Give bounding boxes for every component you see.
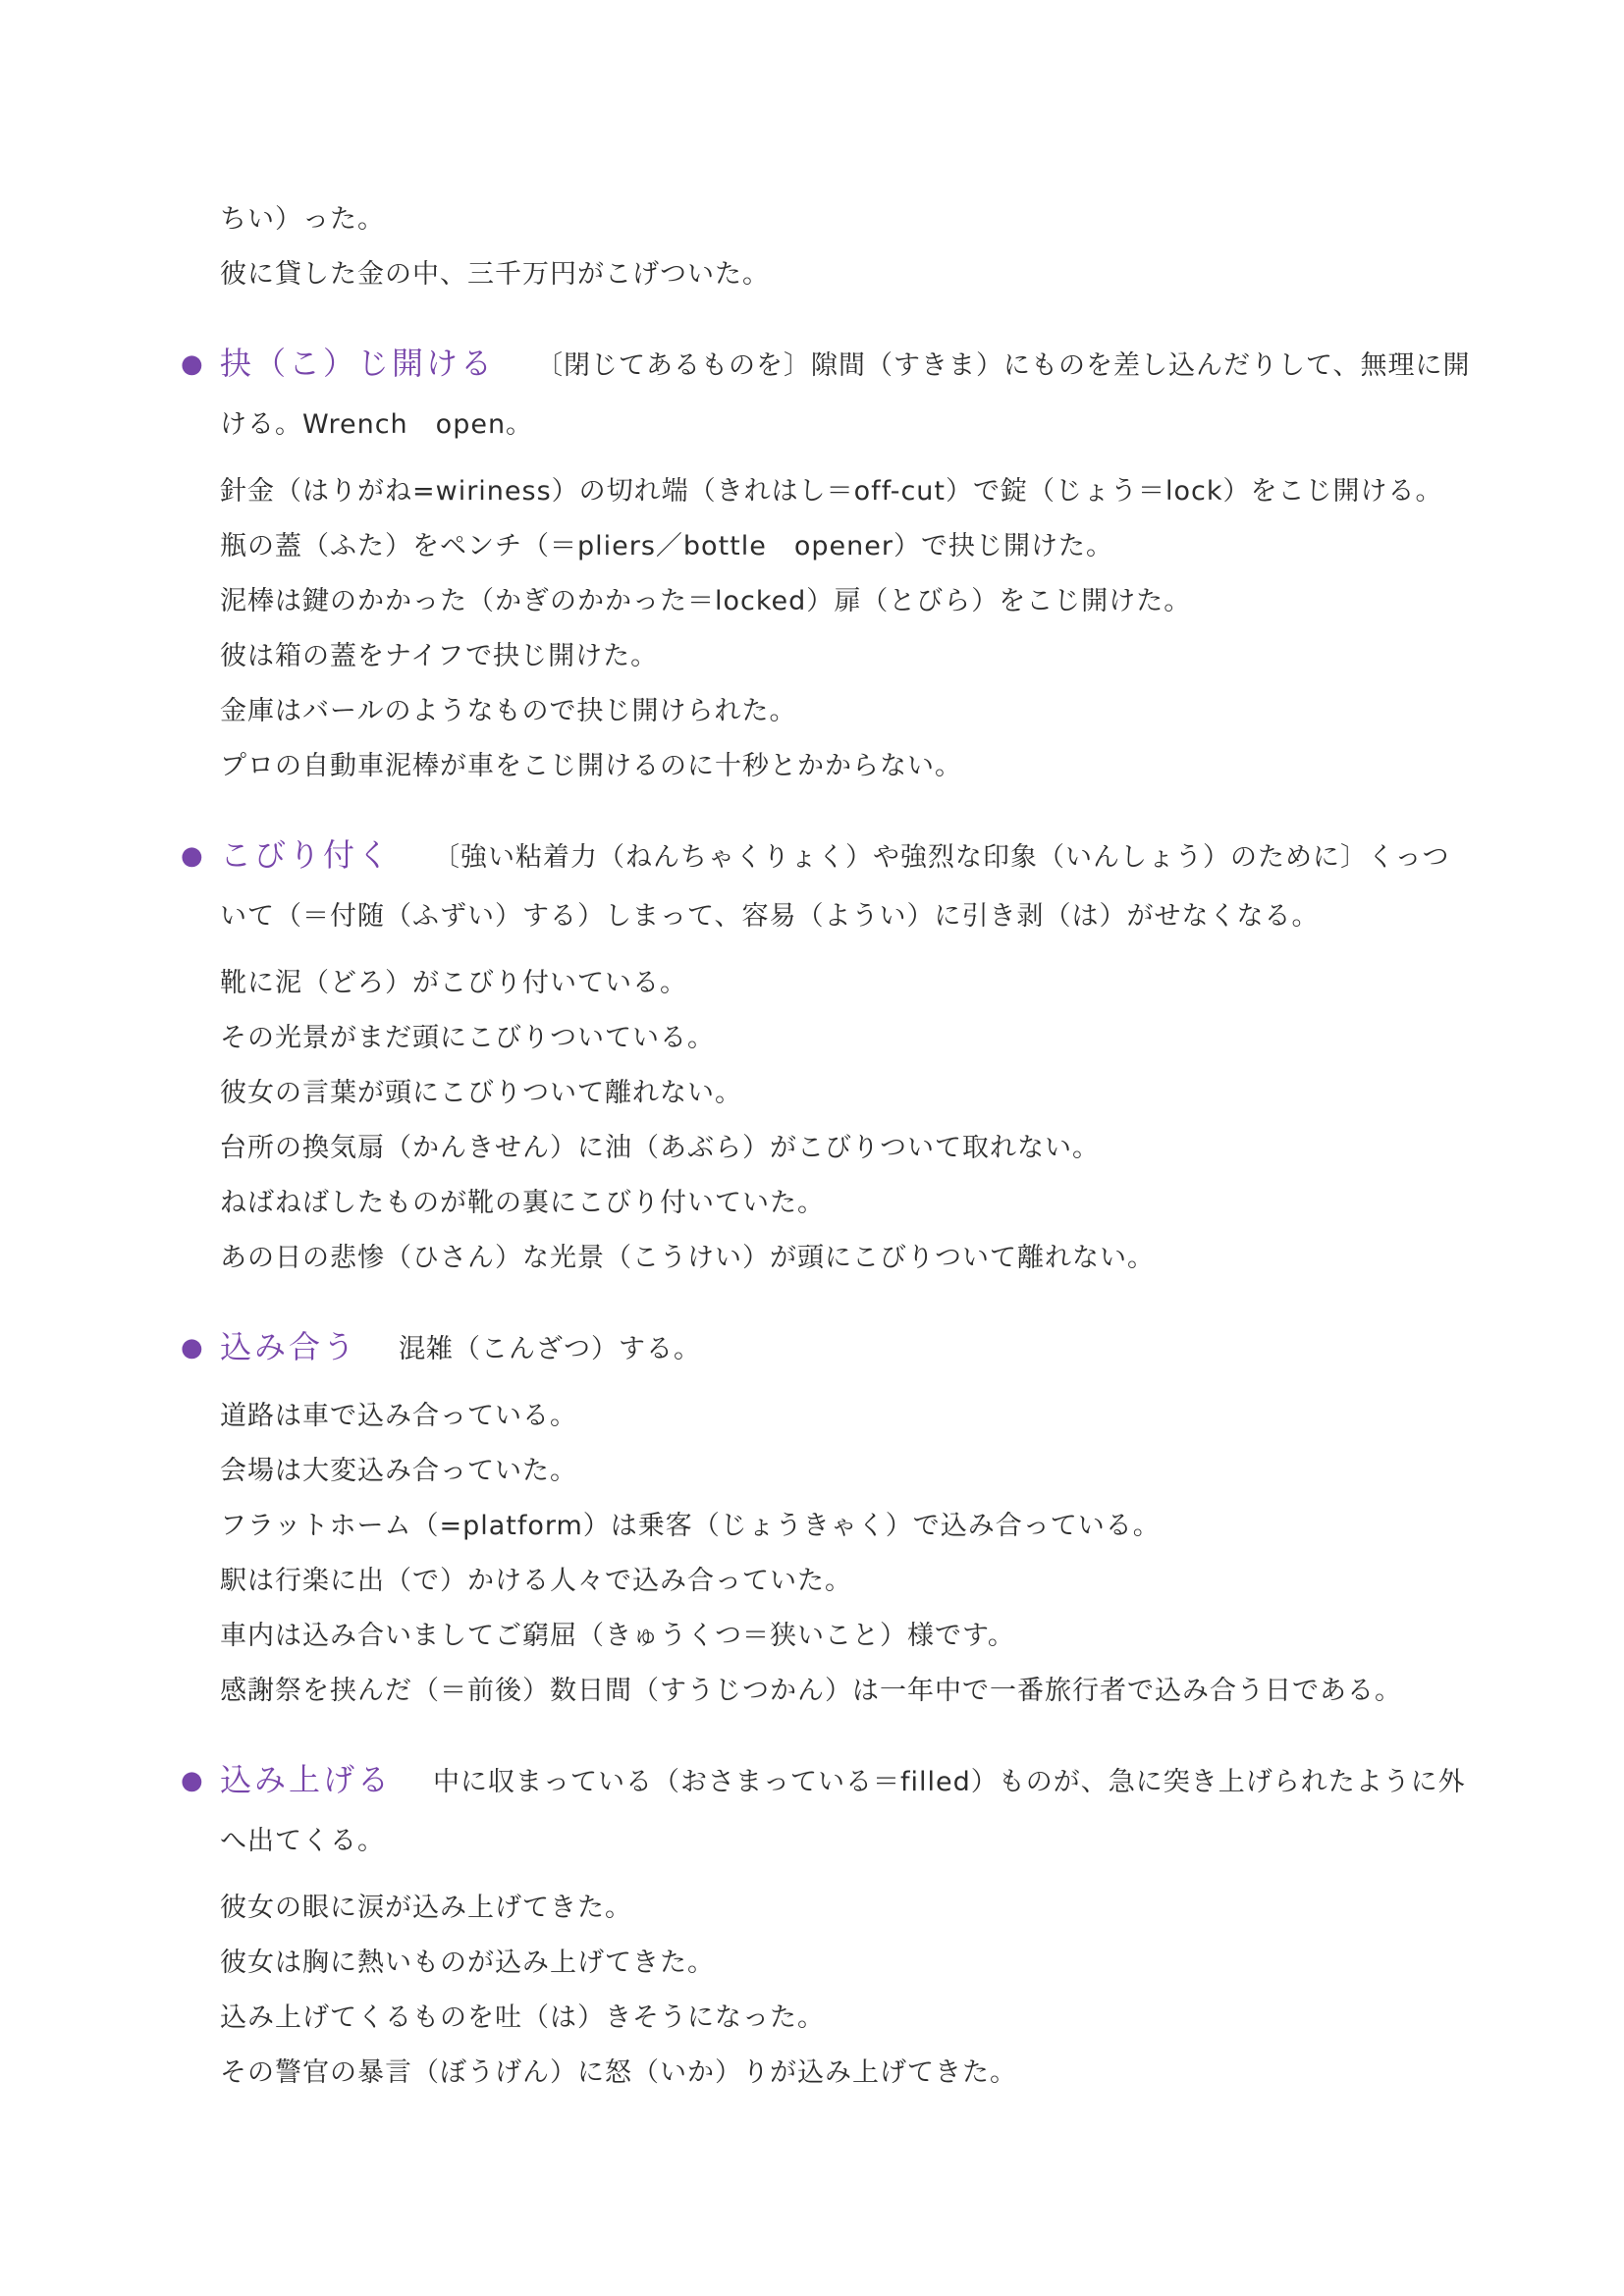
entry-heading: ●こびり付く〔強い粘着力（ねんちゃくりょく）や強烈な印象（いんしょう）のために〕… [220,826,1477,946]
entry-headword: 込み合う [220,1328,357,1365]
intro-line-2: 彼に貸した金の中、三千万円がこげついた。 [220,247,1477,302]
example-sentence: その光景がまだ頭にこびりついている。 [220,1011,1477,1066]
example-sentence: 込み上げてくるものを吐（は）きそうになった。 [220,1991,1477,2046]
example-sentence: 針金（はりがね=wiriness）の切れ端（きれはし＝off-cut）で錠（じょ… [220,464,1477,519]
example-sentence: 台所の換気扇（かんきせん）に油（あぶら）がこびりついて取れない。 [220,1121,1477,1176]
example-sentence: 金庫はバールのようなもので抉じ開けられた。 [220,684,1477,739]
example-sentence: ねばねばしたものが靴の裏にこびり付いていた。 [220,1176,1477,1231]
entry-definition: 混雑（こんざつ）する。 [399,1334,701,1364]
entry-heading: ●込み上げる中に収まっている（おさまっている＝filled）ものが、急に突き上げ… [220,1750,1477,1871]
bullet-icon: ● [181,1318,204,1377]
example-sentence: 靴に泥（どろ）がこびり付いている。 [220,956,1477,1011]
entry-headword: 込み上げる [220,1761,392,1798]
entry-headword: 抉（こ）じ開ける [220,345,495,382]
example-sentence: あの日の悲惨（ひさん）な光景（こうけい）が頭にこびりついて離れない。 [220,1231,1477,1286]
example-sentence: その警官の暴言（ぼうげん）に怒（いか）りが込み上げてきた。 [220,2046,1477,2101]
entry-definition: 〔強い粘着力（ねんちゃくりょく）や強烈な印象（いんしょう）のために〕くっついて（… [220,842,1449,932]
example-list: 道路は車で込み合っている。 会場は大変込み合っていた。 フラットホーム（=pla… [220,1389,1477,1719]
entry-komiageru: ●込み上げる中に収まっている（おさまっている＝filled）ものが、急に突き上げ… [220,1750,1477,2101]
page-content: ちい）った。 彼に貸した金の中、三千万円がこげついた。 ●抉（こ）じ開ける〔閉じ… [0,0,1624,2101]
example-sentence: 彼女の言葉が頭にこびりついて離れない。 [220,1066,1477,1121]
bullet-icon: ● [181,827,204,885]
bullet-icon: ● [181,1751,204,1810]
example-sentence: 会場は大変込み合っていた。 [220,1444,1477,1499]
example-sentence: 彼は箱の蓋をナイフで抉じ開けた。 [220,629,1477,684]
example-list: 彼女の眼に涙が込み上げてきた。 彼女は胸に熱いものが込み上げてきた。 込み上げて… [220,1881,1477,2101]
example-sentence: 瓶の蓋（ふた）をペンチ（＝pliers／bottle opener）で抉じ開けた… [220,519,1477,574]
entry-definition: 中に収まっている（おさまっている＝filled）ものが、急に突き上げられたように… [220,1767,1466,1856]
entry-komiau: ●込み合う混雑（こんざつ）する。 道路は車で込み合っている。 会場は大変込み合っ… [220,1317,1477,1719]
document-page: ちい）った。 彼に貸した金の中、三千万円がこげついた。 ●抉（こ）じ開ける〔閉じ… [0,0,1624,2296]
entry-heading: ●込み合う混雑（こんざつ）する。 [220,1317,1477,1379]
example-sentence: 道路は車で込み合っている。 [220,1389,1477,1444]
example-sentence: 彼女の眼に涙が込み上げてきた。 [220,1881,1477,1936]
example-sentence: 泥棒は鍵のかかった（かぎのかかった＝locked）扉（とびら）をこじ開けた。 [220,574,1477,629]
example-list: 針金（はりがね=wiriness）の切れ端（きれはし＝off-cut）で錠（じょ… [220,464,1477,794]
bullet-icon: ● [181,335,204,394]
entry-heading: ●抉（こ）じ開ける〔閉じてあるものを〕隙間（すきま）にものを差し込んだりして、無… [220,334,1477,454]
entry-kobiritsuku: ●こびり付く〔強い粘着力（ねんちゃくりょく）や強烈な印象（いんしょう）のために〕… [220,826,1477,1286]
example-sentence: 駅は行楽に出（で）かける人々で込み合っていた。 [220,1554,1477,1609]
example-sentence: 感謝祭を挟んだ（＝前後）数日間（すうじつかん）は一年中で一番旅行者で込み合う日で… [220,1664,1477,1719]
intro-line-1: ちい）った。 [220,192,1477,247]
example-sentence: 彼女は胸に熱いものが込み上げてきた。 [220,1936,1477,1991]
entry-kojiakeru: ●抉（こ）じ開ける〔閉じてあるものを〕隙間（すきま）にものを差し込んだりして、無… [220,334,1477,794]
example-list: 靴に泥（どろ）がこびり付いている。 その光景がまだ頭にこびりついている。 彼女の… [220,956,1477,1286]
example-sentence: フラットホーム（=platform）は乗客（じょうきゃく）で込み合っている。 [220,1499,1477,1554]
example-sentence: 車内は込み合いましてご窮屈（きゅうくつ＝狭いこと）様です。 [220,1609,1477,1664]
entry-headword: こびり付く [220,836,392,874]
example-sentence: プロの自動車泥棒が車をこじ開けるのに十秒とかからない。 [220,739,1477,794]
